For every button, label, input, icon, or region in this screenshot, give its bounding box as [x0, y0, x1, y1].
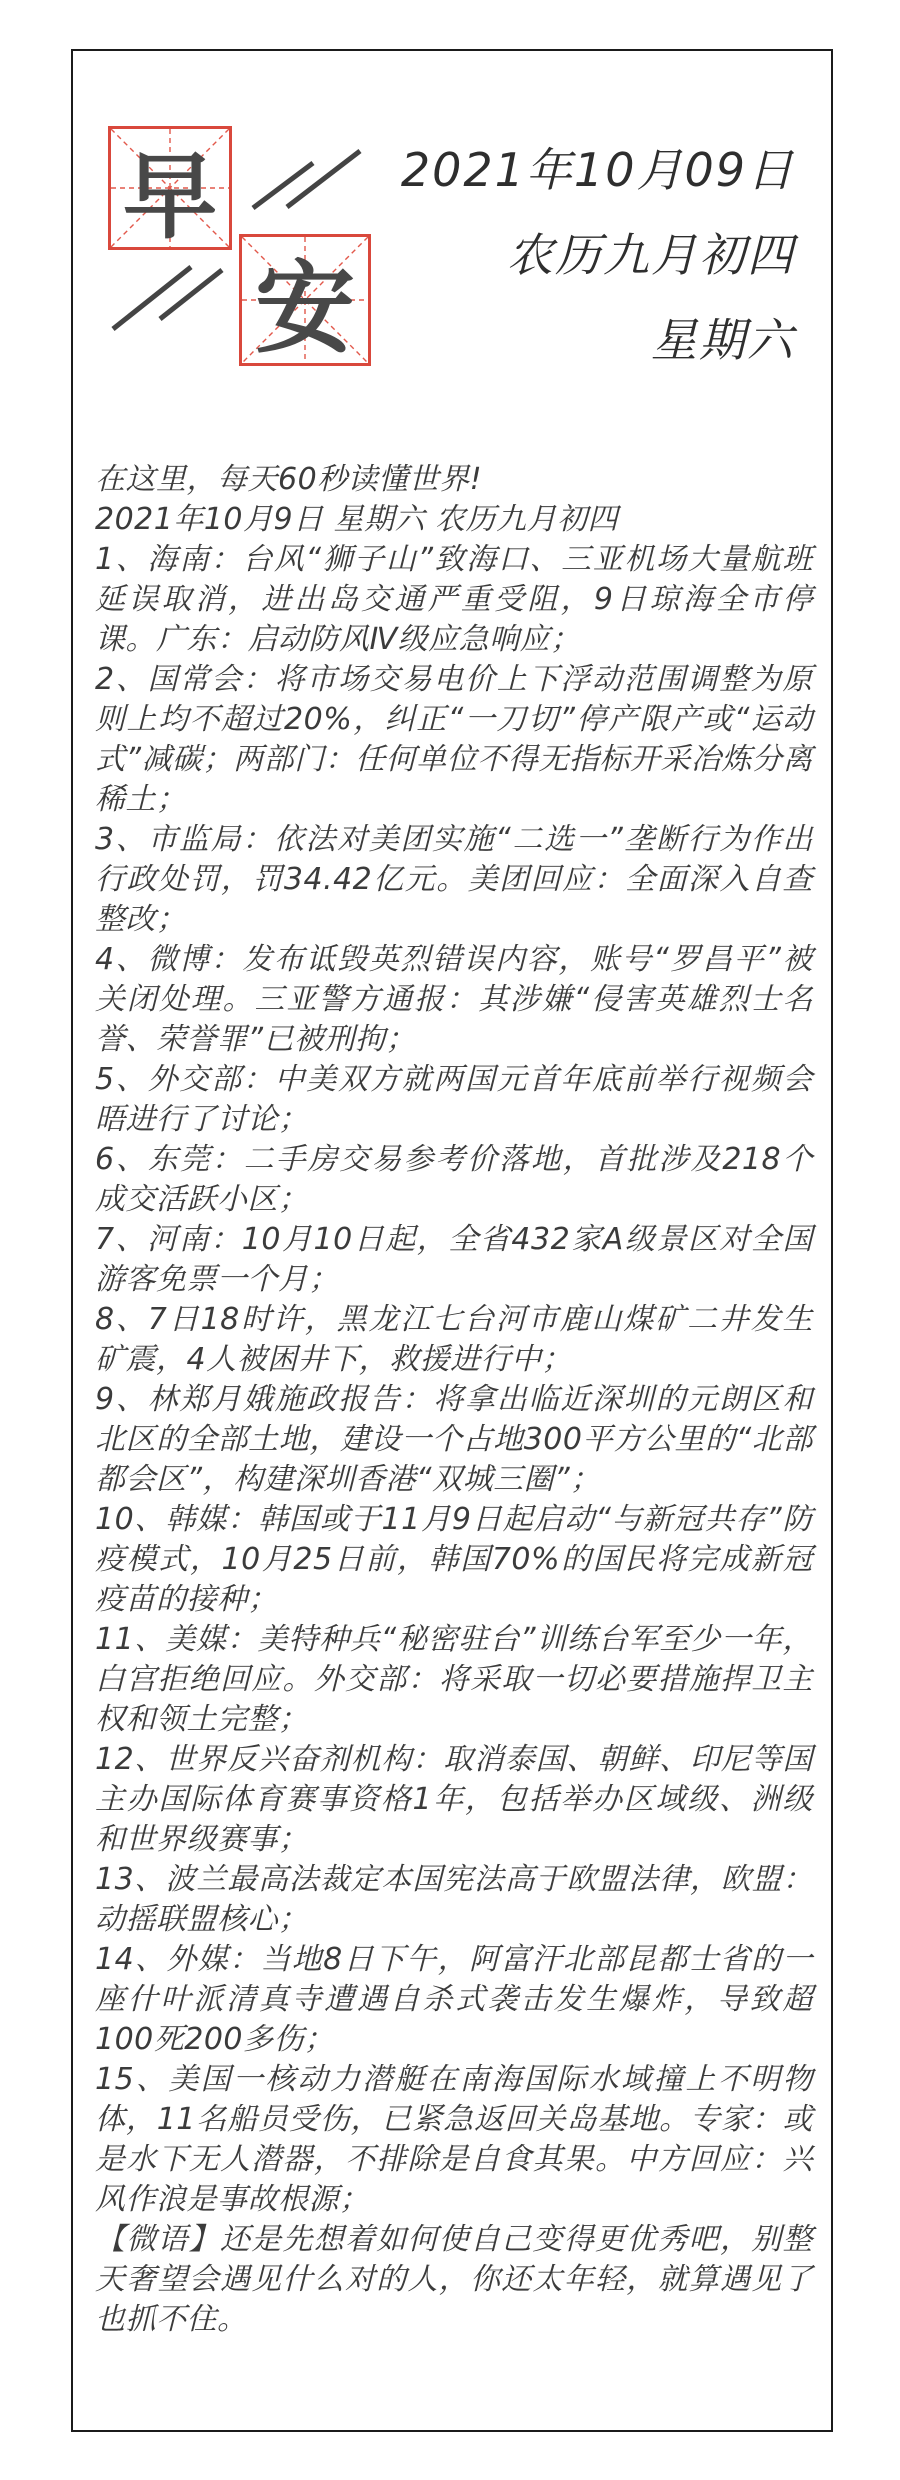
- news-item: 6、东莞：二手房交易参考价落地，首批涉及218个成交活跃小区；: [95, 1140, 813, 1220]
- lunar-date-line: 农历九月初四: [401, 213, 795, 298]
- news-item: 8、7日18时许，黑龙江七台河市鹿山煤矿二井发生矿震，4人被困井下，救援进行中；: [95, 1300, 813, 1380]
- news-body: 在这里，每天60秒读懂世界! 2021年10月9日 星期六 农历九月初四 1、海…: [95, 460, 813, 2340]
- date-block: 2021年10月09日 农历九月初四 星期六: [401, 128, 795, 383]
- news-item: 12、世界反兴奋剂机构：取消泰国、朝鲜、印尼等国主办国际体育赛事资格1年，包括举…: [95, 1740, 813, 1860]
- news-item: 10、韩媒：韩国或于11月9日起启动“与新冠共存”防疫模式，10月25日前，韩国…: [95, 1500, 813, 1620]
- an-character: 安: [242, 237, 368, 363]
- news-date-heading: 2021年10月9日 星期六 农历九月初四: [95, 500, 813, 540]
- an-character-box: 安: [239, 234, 371, 366]
- weiyu-paragraph: 【微语】还是先想着如何使自己变得更优秀吧，别整天奢望会遇见什么对的人，你还太年轻…: [95, 2220, 813, 2340]
- news-briefing-page: 早 安 2021年10月09日 农历九月初四 星期六 在这里，每天60秒读懂世界…: [0, 0, 900, 2480]
- zao-character: 早: [111, 129, 229, 247]
- news-item: 13、波兰最高法裁定本国宪法高于欧盟法律，欧盟：动摇联盟核心；: [95, 1860, 813, 1940]
- news-list: 1、海南：台风“狮子山”致海口、三亚机场大量航班延误取消，进出岛交通严重受阻，9…: [95, 540, 813, 2220]
- news-item: 5、外交部：中美双方就两国元首年底前举行视频会晤进行了讨论；: [95, 1060, 813, 1140]
- news-item: 15、美国一核动力潜艇在南海国际水域撞上不明物体，11名船员受伤，已紧急返回关岛…: [95, 2060, 813, 2220]
- news-item: 7、河南：10月10日起，全省432家A级景区对全国游客免票一个月；: [95, 1220, 813, 1300]
- intro-line: 在这里，每天60秒读懂世界!: [95, 460, 813, 500]
- news-item: 2、国常会：将市场交易电价上下浮动范围调整为原则上均不超过20%，纠正“一刀切”…: [95, 660, 813, 820]
- date-line: 2021年10月09日: [401, 128, 795, 213]
- news-item: 3、市监局：依法对美团实施“二选一”垄断行为作出行政处罚，罚34.42亿元。美团…: [95, 820, 813, 940]
- zao-character-box: 早: [108, 126, 232, 250]
- news-item: 14、外媒：当地8日下午，阿富汗北部昆都士省的一座什叶派清真寺遭遇自杀式袭击发生…: [95, 1940, 813, 2060]
- news-item: 11、美媒：美特种兵“秘密驻台”训练台军至少一年，白宫拒绝回应。外交部：将采取一…: [95, 1620, 813, 1740]
- news-item: 9、林郑月娥施政报告：将拿出临近深圳的元朗区和北区的全部土地，建设一个占地300…: [95, 1380, 813, 1500]
- weekday-line: 星期六: [401, 298, 795, 383]
- news-item: 1、海南：台风“狮子山”致海口、三亚机场大量航班延误取消，进出岛交通严重受阻，9…: [95, 540, 813, 660]
- news-item: 4、微博：发布诋毁英烈错误内容，账号“罗昌平”被关闭处理。三亚警方通报：其涉嫌“…: [95, 940, 813, 1060]
